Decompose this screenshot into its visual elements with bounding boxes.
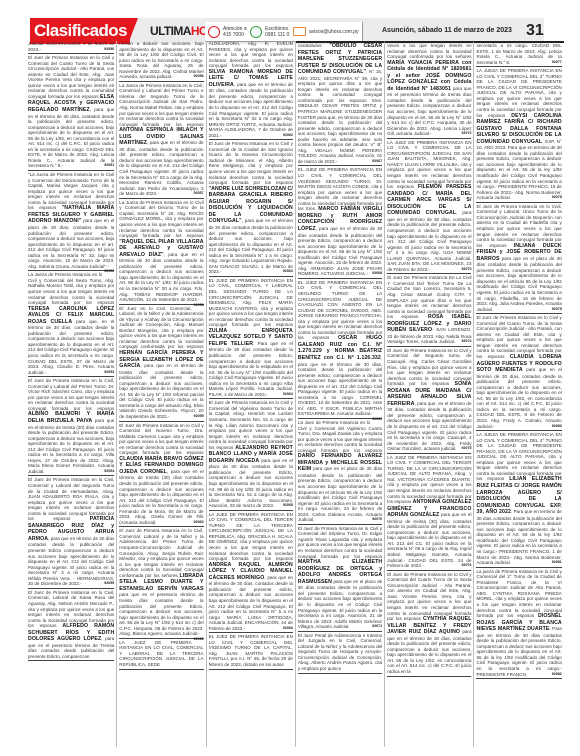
notice-text: EL JUEZ DE PRIMERA INSTANCIA EN LO CIVIL… bbox=[298, 167, 382, 211]
phone-icon bbox=[208, 26, 220, 38]
notice-code: 92063 bbox=[283, 269, 293, 274]
notice-text: El Juez de Primera Instancia en lo Civil… bbox=[28, 477, 114, 521]
legal-notice: El Juez de Primera Instancia en lo Civil… bbox=[476, 204, 561, 314]
notice-text: LA JUEZ DE PRIMERA INSTANCIA EN LO CIVIL… bbox=[387, 140, 471, 189]
legal-notice: secretaría a mi cargo. CIUDAD DEL ESTE, … bbox=[476, 43, 561, 67]
notice-text: para que en el plazo de 30 días contados… bbox=[298, 466, 382, 522]
notice-text: para que en el perentorio término de tre… bbox=[119, 592, 203, 636]
notice-text: rezcan a deducir sus acciones, bajo aper… bbox=[119, 41, 203, 79]
column-2: rezcan a deducir sus acciones, bajo aper… bbox=[117, 41, 206, 747]
notice-text: , para que en término de 30 días contado… bbox=[28, 536, 114, 586]
contact-phone-value: 415 7000 bbox=[223, 32, 244, 38]
notice-code: 92051 bbox=[104, 163, 114, 168]
notice-text: LA JUEZ DE PRIMERA INSTANCIA EN LO CIVIL… bbox=[119, 640, 203, 667]
notice-code: 92077 bbox=[552, 60, 562, 65]
notice-code: 92074 bbox=[461, 339, 471, 344]
legal-notice: La jueza de Primera Instancia en lo Civi… bbox=[476, 569, 561, 679]
notice-code: 92064 bbox=[283, 392, 293, 397]
legal-notice: rezcan a deducir sus acciones, bajo aper… bbox=[119, 41, 203, 82]
notice-text: El Juez de Primera Instancia en lo Civil… bbox=[387, 572, 471, 621]
notice-code: 92066 bbox=[283, 626, 293, 631]
notice-text: La Jueza de Primera Instancia en lo Civi… bbox=[119, 83, 203, 127]
notice-text: , para que en el término de treinta (30)… bbox=[119, 469, 203, 525]
legal-notice: LA JUEZ DE PRIMERA INSTANCIA EN LO CIVIL… bbox=[387, 140, 471, 275]
notice-text: para que en el perentorio término de tre… bbox=[387, 86, 471, 136]
notice-text: secretaría a mi cargo. CIUDAD DEL ESTE, … bbox=[476, 43, 561, 65]
contact-email: avisos@uhora.com.py bbox=[290, 22, 363, 42]
notice-text: caratulados: bbox=[298, 43, 329, 48]
notice-code: 92065 bbox=[283, 503, 293, 508]
legal-notice: LA JUEZ DE PRIMERA INSTANCIA EN LO CIVIL… bbox=[387, 455, 471, 571]
column-4: caratulados: "OBDULIO CESAR FRETES ORTIZ… bbox=[296, 41, 385, 747]
notice-text: El Juez de Primera Instancia en lo Civil… bbox=[119, 528, 203, 577]
notice-text: para que en el plazo de 30 días contados… bbox=[209, 458, 293, 508]
notice-code: 92062 bbox=[283, 133, 293, 138]
notice-text: , para que en el término de 30 días, con… bbox=[119, 140, 203, 196]
notice-text: LA JUEZA DE PRIMERA INSTANCIA EN LO CIVI… bbox=[476, 432, 561, 481]
issue-date: Asunción, sábado 11 de marzo de 2023 bbox=[382, 27, 512, 34]
notice-text: La Jueza de Primera Instancia en lo Civi… bbox=[119, 200, 203, 238]
notice-text: La Jueza de Primera Instancia en lo Civi… bbox=[28, 272, 114, 305]
notice-text: LA JUEZA DE PRIMERA INSTANCIA EN LO CIVI… bbox=[476, 68, 561, 117]
notice-text: veces a los que tengan interés en reclam… bbox=[387, 43, 471, 59]
notice-text: El Juez de Primera Instancia en lo Civil… bbox=[28, 378, 114, 411]
notice-text: para que, en el término de 30 días, cont… bbox=[28, 319, 114, 375]
notice-text: , para que en el término de 30 días, con… bbox=[298, 355, 382, 416]
legal-notice: El Juez de Primera Instancia en lo Civil… bbox=[209, 141, 293, 277]
notice-text: La Juez de Primera Instancia en lo Civil… bbox=[298, 420, 382, 453]
notice-code: 92071 bbox=[372, 624, 382, 629]
legal-notice: AUXILIADORA, Abg. R. EVELIN PAREDES, cit… bbox=[209, 41, 293, 140]
notice-code: 92079 bbox=[552, 307, 562, 312]
legal-notice: El Juez de Primera Instancia en lo Civil… bbox=[28, 477, 114, 588]
notice-text: Judicial. ENCARNACIÓN, 9 de Marzo de 202… bbox=[28, 41, 114, 52]
legal-notice: veces a los que tengan interés en reclam… bbox=[387, 43, 471, 139]
notice-text: , para que en el término de 30 días cont… bbox=[298, 226, 382, 276]
notice-text: . Para que en el término de 30 días cont… bbox=[209, 341, 293, 397]
legal-notice: El Juez de Primera Instancia en lo Civil… bbox=[209, 400, 293, 510]
column-3: AUXILIADORA, Abg. R. EVELIN PAREDES, cit… bbox=[207, 41, 296, 747]
contact-email-value: avisos@uhora.com.py bbox=[309, 29, 359, 35]
page-header: Clasificados ULTIMAHORA Atención al clie… bbox=[0, 0, 580, 42]
notice-text: El Juez de Primera Instancia en lo Civil… bbox=[298, 526, 382, 559]
logo-part-ultima: ULTIMA bbox=[150, 24, 191, 38]
notice-code: 92050 bbox=[104, 47, 114, 52]
legal-notice: "La Jueza de Primera Instancia en lo Civ… bbox=[28, 172, 114, 271]
legal-notice: La Jueza de Primera Instancia en lo Civi… bbox=[119, 200, 203, 305]
notice-text: EL JUEZ DE PRIMERA INSTANCIA EN LO CIVIL… bbox=[209, 634, 293, 667]
legal-notice: LA JUEZ DE PRIMERA INSTANCIA EN LO CIVIL… bbox=[209, 512, 293, 633]
notice-text: , para que en el término de 30 días cont… bbox=[119, 252, 203, 302]
legal-notice: El Juez de Primera Instancia en lo Civil… bbox=[119, 423, 203, 528]
legal-notice: El Juez de Primera Instancia en lo Civil… bbox=[28, 590, 114, 662]
notice-text: para que en el plazo de 30 días contados… bbox=[476, 256, 561, 312]
notice-text: LA JUEZ DE PRIMERA INSTANCIA EN LO CIVIL… bbox=[387, 455, 471, 504]
legal-notice: EL JUEZ DE PRIMERA INSTANCIA EN LO CIVIL… bbox=[209, 278, 293, 399]
notice-text: LA JUEZ DE PRIMERA INSTANCIA EN LO CIVIL… bbox=[209, 512, 293, 561]
legal-notice: El Juez de Primera Instancia en lo Civil… bbox=[476, 315, 561, 431]
notice-code: 92075 bbox=[461, 446, 471, 451]
notice-text: El Juez Penal de Adolescencia e Interino… bbox=[298, 633, 382, 671]
legal-notice: El Juez de Primera Instancia en lo Civil… bbox=[28, 378, 114, 476]
column-5: veces a los que tengan interés en reclam… bbox=[385, 41, 474, 747]
notice-text: para que en el término de treinta (30) d… bbox=[28, 418, 114, 474]
notice-text: , para que en el término de 30 días, con… bbox=[209, 82, 293, 138]
notice-code: 92081 bbox=[552, 560, 562, 565]
notice-text: La jueza de Primera Instancia en lo Civi… bbox=[476, 569, 561, 618]
notice-text: El Juez de Primera Instancia en lo Civil… bbox=[476, 315, 561, 359]
legal-notice: EL JUEZ DE PRIMERA INSTANCIA EN LO CIVIL… bbox=[209, 634, 293, 669]
notice-text: El Juez De Primera Instancia En Lo Civil… bbox=[387, 275, 471, 319]
legal-notice: El Juez Penal de Adolescencia e Interino… bbox=[298, 633, 382, 674]
legal-notice: caratulados: "OBDULIO CESAR FRETES ORTIZ… bbox=[298, 43, 382, 166]
legal-notice: El Juez De Primera Instancia En Lo Civil… bbox=[387, 275, 471, 347]
notice-code: 92078 bbox=[552, 195, 562, 200]
notice-text: para que en el término de treinta (30) d… bbox=[387, 512, 471, 568]
legal-notice: EL JUEZ DE PRIMERA INSTANCIA EN LO CIVIL… bbox=[298, 280, 382, 419]
notice-text: El Juez en lo Civil, Comercial, Laboral,… bbox=[119, 306, 203, 350]
notice-code: 92073 bbox=[461, 267, 471, 272]
notice-code: 92057 bbox=[194, 191, 204, 196]
notice-text: , para que en el término de 30 días, con… bbox=[28, 107, 114, 168]
notice-text: para que en el término de 30 días, conta… bbox=[387, 629, 471, 674]
notice-text: EL JUEZ DE PRIMERA INSTANCIA EN LO CIVIL… bbox=[209, 278, 293, 327]
notice-text: para que en el plazo de 30 días contados… bbox=[298, 579, 382, 629]
notice-text: para que en el término de 30 días, conta… bbox=[476, 367, 561, 428]
legal-notice: Judicial. ENCARNACIÓN, 9 de Marzo de 202… bbox=[28, 41, 114, 54]
notice-code: 92053 bbox=[104, 370, 114, 375]
notice-text: para que en el plazo de 30 días, contado… bbox=[28, 218, 114, 268]
notice-text: . EXP. N° 10, AÑO 2023. Para que en term… bbox=[476, 139, 561, 200]
notice-code: 92072 bbox=[461, 131, 471, 136]
legal-notice: LA JUEZ DE PRIMERA INSTANCIA EN LO CIVIL… bbox=[119, 640, 203, 670]
notice-code: 92080 bbox=[552, 424, 562, 429]
legal-notice: EL JUEZ DE PRIMERA INSTANCIA EN LO CIVIL… bbox=[298, 167, 382, 278]
notice-text: El Juez de Primera Instancia en lo Civil… bbox=[28, 55, 114, 99]
notice-code: 92056 bbox=[194, 74, 204, 79]
notice-text: . Para que en termino de 30 días contado… bbox=[476, 509, 561, 565]
notice-text: , para que en el término de 30 días cont… bbox=[209, 218, 293, 274]
notice-text: , para que en el término de treinta días… bbox=[119, 363, 203, 419]
legal-notice: La Jueza de Primera Instancia en lo Civi… bbox=[119, 83, 203, 199]
notice-text: El Juez de Primera Instancia en lo Civil… bbox=[209, 141, 293, 185]
notice-text: El Juez de Primera Instancia en lo Civil… bbox=[209, 400, 293, 449]
notice-code: 92055 bbox=[104, 581, 114, 586]
notice-code: 92054 bbox=[104, 469, 114, 474]
legal-notice: LA JUEZA DE PRIMERA INSTANCIA EN LO CIVI… bbox=[476, 68, 561, 203]
notice-code: 92060 bbox=[194, 520, 204, 525]
legal-notice: El Juez de Primera Instancia en lo Civil… bbox=[119, 528, 203, 638]
whatsapp-icon bbox=[250, 26, 262, 38]
notice-text: , para que en el término de 30 días, con… bbox=[387, 210, 471, 271]
notice-text: , para que en el término de 30 días, con… bbox=[209, 575, 293, 631]
column-6: secretaría a mi cargo. CIUDAD DEL ESTE, … bbox=[474, 41, 563, 747]
notice-code: 92067 bbox=[372, 159, 382, 164]
notice-text: , N° 15, AÑO 2021; SECRETARÍA N° 39, cit… bbox=[298, 69, 382, 164]
notice-code: 92070 bbox=[372, 517, 382, 522]
email-icon bbox=[293, 27, 306, 36]
legal-notice: El Juez en lo Civil, Comercial, Laboral,… bbox=[119, 306, 203, 422]
notice-code: 92059 bbox=[194, 414, 204, 419]
legal-notice: La Jueza de Primera Instancia en lo Civi… bbox=[28, 272, 114, 377]
notice-text: AUXILIADORA, Abg. R. EVELIN PAREDES, cit… bbox=[209, 41, 293, 68]
legal-notice: El Juez de Primera Instancia en lo Civil… bbox=[28, 55, 114, 171]
notice-code: 92082 bbox=[552, 672, 562, 677]
column-1: Judicial. ENCARNACIÓN, 9 de Marzo de 202… bbox=[28, 41, 117, 747]
notice-code: 92076 bbox=[461, 563, 471, 568]
legal-notice: LA JUEZA DE PRIMERA INSTANCIA EN LO CIVI… bbox=[476, 432, 561, 568]
notice-text: El Juez de Primera Instancia en lo Civil… bbox=[476, 204, 561, 248]
legal-notice: El Juez de Primera Instancia en lo Civil… bbox=[387, 572, 471, 677]
classifieds-columns: Judicial. ENCARNACIÓN, 9 de Marzo de 202… bbox=[28, 41, 564, 747]
legal-notice: La Juez de Primera Instancia en lo Civil… bbox=[298, 420, 382, 525]
notice-text: EL JUEZ DE PRIMERA INSTANCIA EN LO CIVIL… bbox=[298, 280, 382, 340]
notice-text: El Juez de Primera Instancia en lo Civil… bbox=[119, 423, 203, 456]
legal-notice: El Juez de Primera Instancia en lo Civil… bbox=[387, 348, 471, 454]
legal-notice: El Juez de Primera Instancia en lo Civil… bbox=[298, 526, 382, 632]
notice-text: . Para que en término de 30 días contado… bbox=[476, 626, 561, 676]
notice-text: , para que, en el término de 30 días, co… bbox=[387, 401, 471, 451]
page-number: 31 bbox=[526, 22, 544, 40]
notice-code: 92068 bbox=[372, 271, 382, 276]
